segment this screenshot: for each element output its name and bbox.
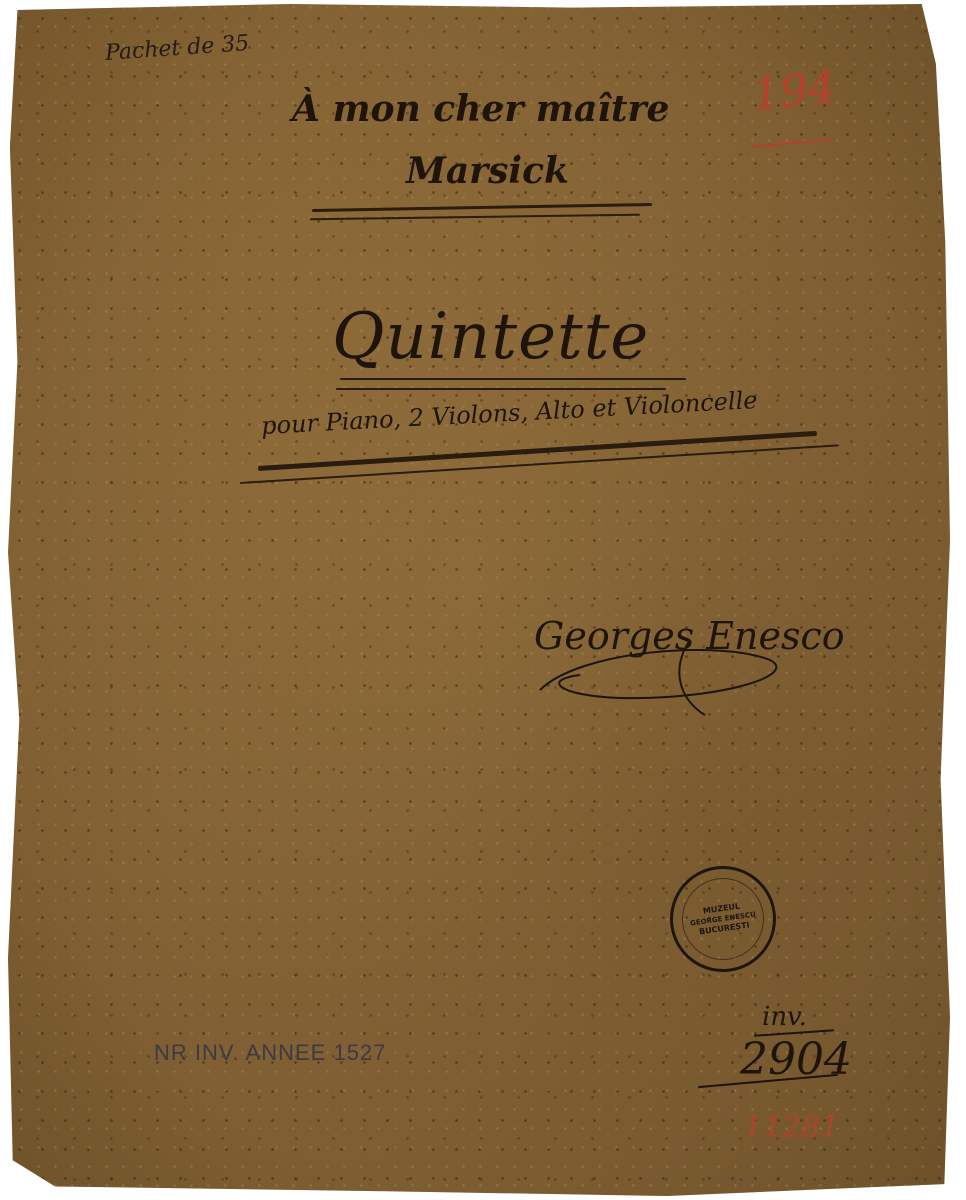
title-underline-2 (336, 388, 666, 390)
pencil-inventory-note: NR INV. ANNEE 1527 (154, 1040, 386, 1066)
title: Quintette (332, 300, 649, 374)
red-folio-number: 194 (750, 62, 839, 121)
dedication-line-1: À mon cher maître (292, 88, 669, 130)
red-number-bottom: 11281 (744, 1110, 839, 1145)
title-underline-1 (340, 378, 686, 380)
inventory-label: inv. (762, 1002, 807, 1032)
dedication-line-2: Marsick (406, 150, 569, 192)
signature-flourish (520, 580, 820, 730)
